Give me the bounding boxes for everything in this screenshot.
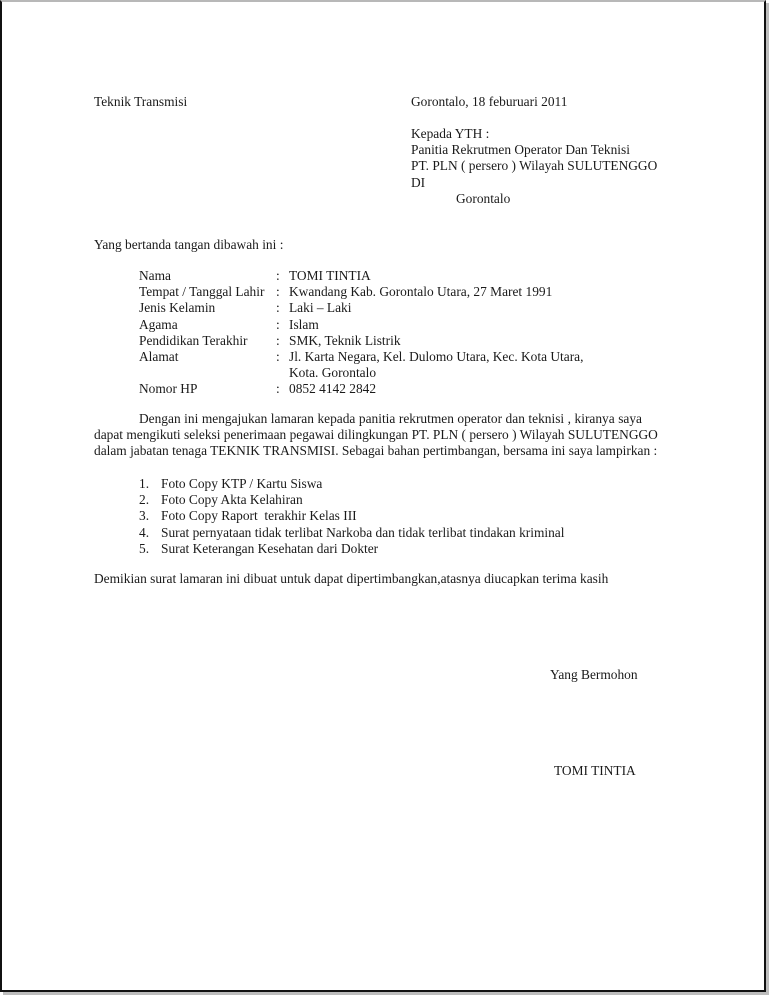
list-text: Foto Copy KTP / Kartu Siswa [161,476,322,492]
list-number: 3. [139,508,161,524]
identity-separator: : [276,300,289,316]
recipient-line-1: Panitia Rekrutmen Operator Dan Teknisi [411,142,657,158]
list-item: 4. Surat pernyataan tidak terlibat Narko… [139,525,564,541]
identity-label: Nama [139,268,276,284]
identity-row-birth: Tempat / Tanggal Lahir : Kwandang Kab. G… [139,284,583,300]
list-number: 4. [139,525,161,541]
recipient-city: Gorontalo [411,191,657,207]
recipient-line-2: PT. PLN ( persero ) Wilayah SULUTENGGO [411,158,657,174]
recipient-block: Kepada YTH : Panitia Rekrutmen Operator … [411,126,657,207]
identity-label: Pendidikan Terakhir [139,333,276,349]
body-line-2: dapat mengikuti seleksi penerimaan pegaw… [94,427,642,443]
list-item: 5. Surat Keterangan Kesehatan dari Dokte… [139,541,564,557]
identity-row-education: Pendidikan Terakhir : SMK, Teknik Listri… [139,333,583,349]
list-text: Foto Copy Raport terakhir Kelas III [161,508,357,524]
identity-row-address: Alamat : Jl. Karta Negara, Kel. Dulomo U… [139,349,583,365]
list-item: 2. Foto Copy Akta Kelahiran [139,492,564,508]
identity-value: Laki – Laki [289,300,351,316]
identity-row-phone: Nomor HP : 0852 4142 2842 [139,381,583,397]
identity-value: TOMI TINTIA [289,268,371,284]
identity-value: Jl. Karta Negara, Kel. Dulomo Utara, Kec… [289,349,583,365]
sender-department: Teknik Transmisi [94,94,187,110]
list-number: 5. [139,541,161,557]
list-text: Surat Keterangan Kesehatan dari Dokter [161,541,378,557]
identity-table: Nama : TOMI TINTIA Tempat / Tanggal Lahi… [139,268,583,398]
identity-separator: : [276,317,289,333]
list-number: 2. [139,492,161,508]
signature-signoff: Yang Bermohon [550,667,638,683]
identity-label: Tempat / Tanggal Lahir [139,284,276,300]
opening-statement: Yang bertanda tangan dibawah ini : [94,237,283,253]
recipient-salutation: Kepada YTH : [411,126,657,142]
identity-separator: : [276,349,289,365]
signature-name: TOMI TINTIA [554,763,636,779]
identity-separator: : [276,284,289,300]
identity-row-name: Nama : TOMI TINTIA [139,268,583,284]
identity-row-gender: Jenis Kelamin : Laki – Laki [139,300,583,316]
list-number: 1. [139,476,161,492]
body-line-3: dalam jabatan tenaga TEKNIK TRANSMISI. S… [94,443,642,459]
identity-label: Nomor HP [139,381,276,397]
letter-date: Gorontalo, 18 feburuari 2011 [411,94,567,110]
identity-separator: : [276,333,289,349]
list-text: Surat pernyataan tidak terlibat Narkoba … [161,525,564,541]
identity-value: 0852 4142 2842 [289,381,376,397]
body-paragraph: Dengan ini mengajukan lamaran kepada pan… [94,411,642,460]
identity-separator: : [276,381,289,397]
identity-label: Alamat [139,349,276,365]
list-item: 1. Foto Copy KTP / Kartu Siswa [139,476,564,492]
identity-value: SMK, Teknik Listrik [289,333,401,349]
list-item: 3. Foto Copy Raport terakhir Kelas III [139,508,564,524]
identity-separator: : [276,268,289,284]
attachments-list: 1. Foto Copy KTP / Kartu Siswa 2. Foto C… [139,476,564,557]
identity-label: Agama [139,317,276,333]
identity-label: Jenis Kelamin [139,300,276,316]
list-text: Foto Copy Akta Kelahiran [161,492,303,508]
document-page: Teknik Transmisi Gorontalo, 18 feburuari… [0,0,766,992]
closing-statement: Demikian surat lamaran ini dibuat untuk … [94,571,608,587]
identity-value: Kwandang Kab. Gorontalo Utara, 27 Maret … [289,284,552,300]
identity-value: Islam [289,317,319,333]
recipient-line-3: DI [411,175,657,191]
body-line-1: Dengan ini mengajukan lamaran kepada pan… [94,411,642,427]
identity-address-continuation: Kota. Gorontalo [139,365,583,381]
identity-row-religion: Agama : Islam [139,317,583,333]
